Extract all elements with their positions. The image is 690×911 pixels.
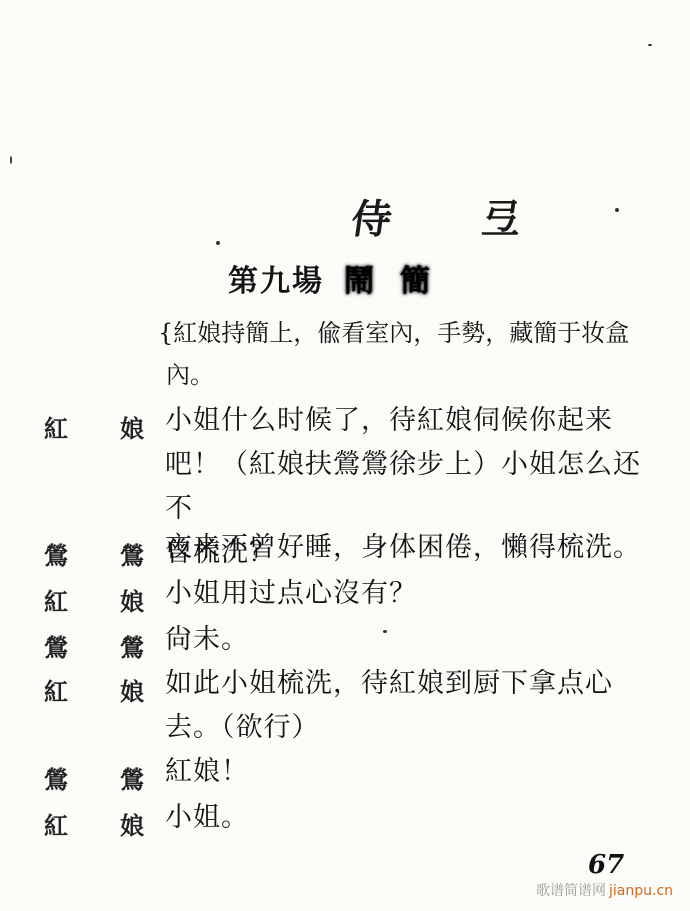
- stage-direction-line: {紅娘持簡上，偸看室內，手勢，藏簡于妆盒: [158, 312, 648, 354]
- speech-line: 尙未。: [165, 618, 655, 662]
- speaker-name: 紅 娘: [44, 409, 144, 444]
- speaker-char: 鶯: [120, 536, 144, 571]
- speech-text: 小姐用过点心沒有？: [165, 572, 655, 616]
- stage-direction-line: 內。: [158, 354, 648, 396]
- speech-line: 小姐用过点心沒有？: [165, 572, 655, 616]
- scene-name: 鬧簡: [344, 256, 456, 300]
- speaker-char: 鶯: [44, 760, 68, 795]
- speaker-char: 娘: [120, 806, 144, 841]
- speech-line: 如此小姐梳洗，待紅娘到厨下拿点心: [165, 662, 655, 706]
- speech-text: 紅娘！: [165, 750, 655, 794]
- scene-number: 第九場: [228, 256, 324, 300]
- speaker-char: 娘: [120, 672, 144, 707]
- page-number: 67: [588, 850, 624, 880]
- handwritten-annotation: 侍 弖: [348, 188, 564, 245]
- scan-speck: [10, 156, 12, 164]
- speech-text: 尙未。: [165, 618, 655, 662]
- speaker-char: 紅: [44, 672, 68, 707]
- speech-line: 夜来不曾好睡，身体困倦，懶得梳洗。: [165, 526, 655, 570]
- speaker-char: 娘: [120, 582, 144, 617]
- speaker-name: 紅 娘: [44, 672, 144, 707]
- watermark-url: jianpu.cn: [609, 883, 673, 899]
- speaker-name: 鶯 鶯: [44, 760, 144, 795]
- speaker-char: 鶯: [44, 628, 68, 663]
- scan-speck: [216, 241, 220, 245]
- speech-text: 小姐。: [165, 796, 655, 840]
- speaker-name: 紅 娘: [44, 582, 144, 617]
- speaker-char: 娘: [120, 409, 144, 444]
- speech-line: 紅娘！: [165, 750, 655, 794]
- scan-speck: [383, 630, 387, 633]
- speaker-char: 紅: [44, 409, 68, 444]
- speech-text: 如此小姐梳洗，待紅娘到厨下拿点心 去。（欲行）: [165, 662, 655, 750]
- scan-speck: [615, 208, 619, 212]
- scan-speck: [648, 44, 652, 46]
- speaker-name: 紅 娘: [44, 806, 144, 841]
- speech-line: 去。（欲行）: [165, 706, 655, 750]
- speech-text: 夜来不曾好睡，身体困倦，懶得梳洗。: [165, 526, 655, 570]
- speaker-char: 紅: [44, 582, 68, 617]
- speaker-char: 鶯: [120, 628, 144, 663]
- watermark-text: 歌谱简谱网: [536, 883, 606, 899]
- speaker-name: 鶯 鶯: [44, 536, 144, 571]
- speech-line: 小姐什么时候了，待紅娘伺候你起来: [165, 399, 655, 443]
- speech-line: 吧！（紅娘扶鶯鶯徐步上）小姐怎么还不: [165, 443, 655, 531]
- watermark: 歌谱简谱网jianpu.cn: [536, 880, 673, 900]
- speaker-char: 鶯: [44, 536, 68, 571]
- speaker-char: 鶯: [120, 760, 144, 795]
- speech-line: 小姐。: [165, 796, 655, 840]
- speaker-name: 鶯 鶯: [44, 628, 144, 663]
- speaker-char: 紅: [44, 806, 68, 841]
- stage-direction: {紅娘持簡上，偸看室內，手勢，藏簡于妆盒 內。: [158, 312, 648, 396]
